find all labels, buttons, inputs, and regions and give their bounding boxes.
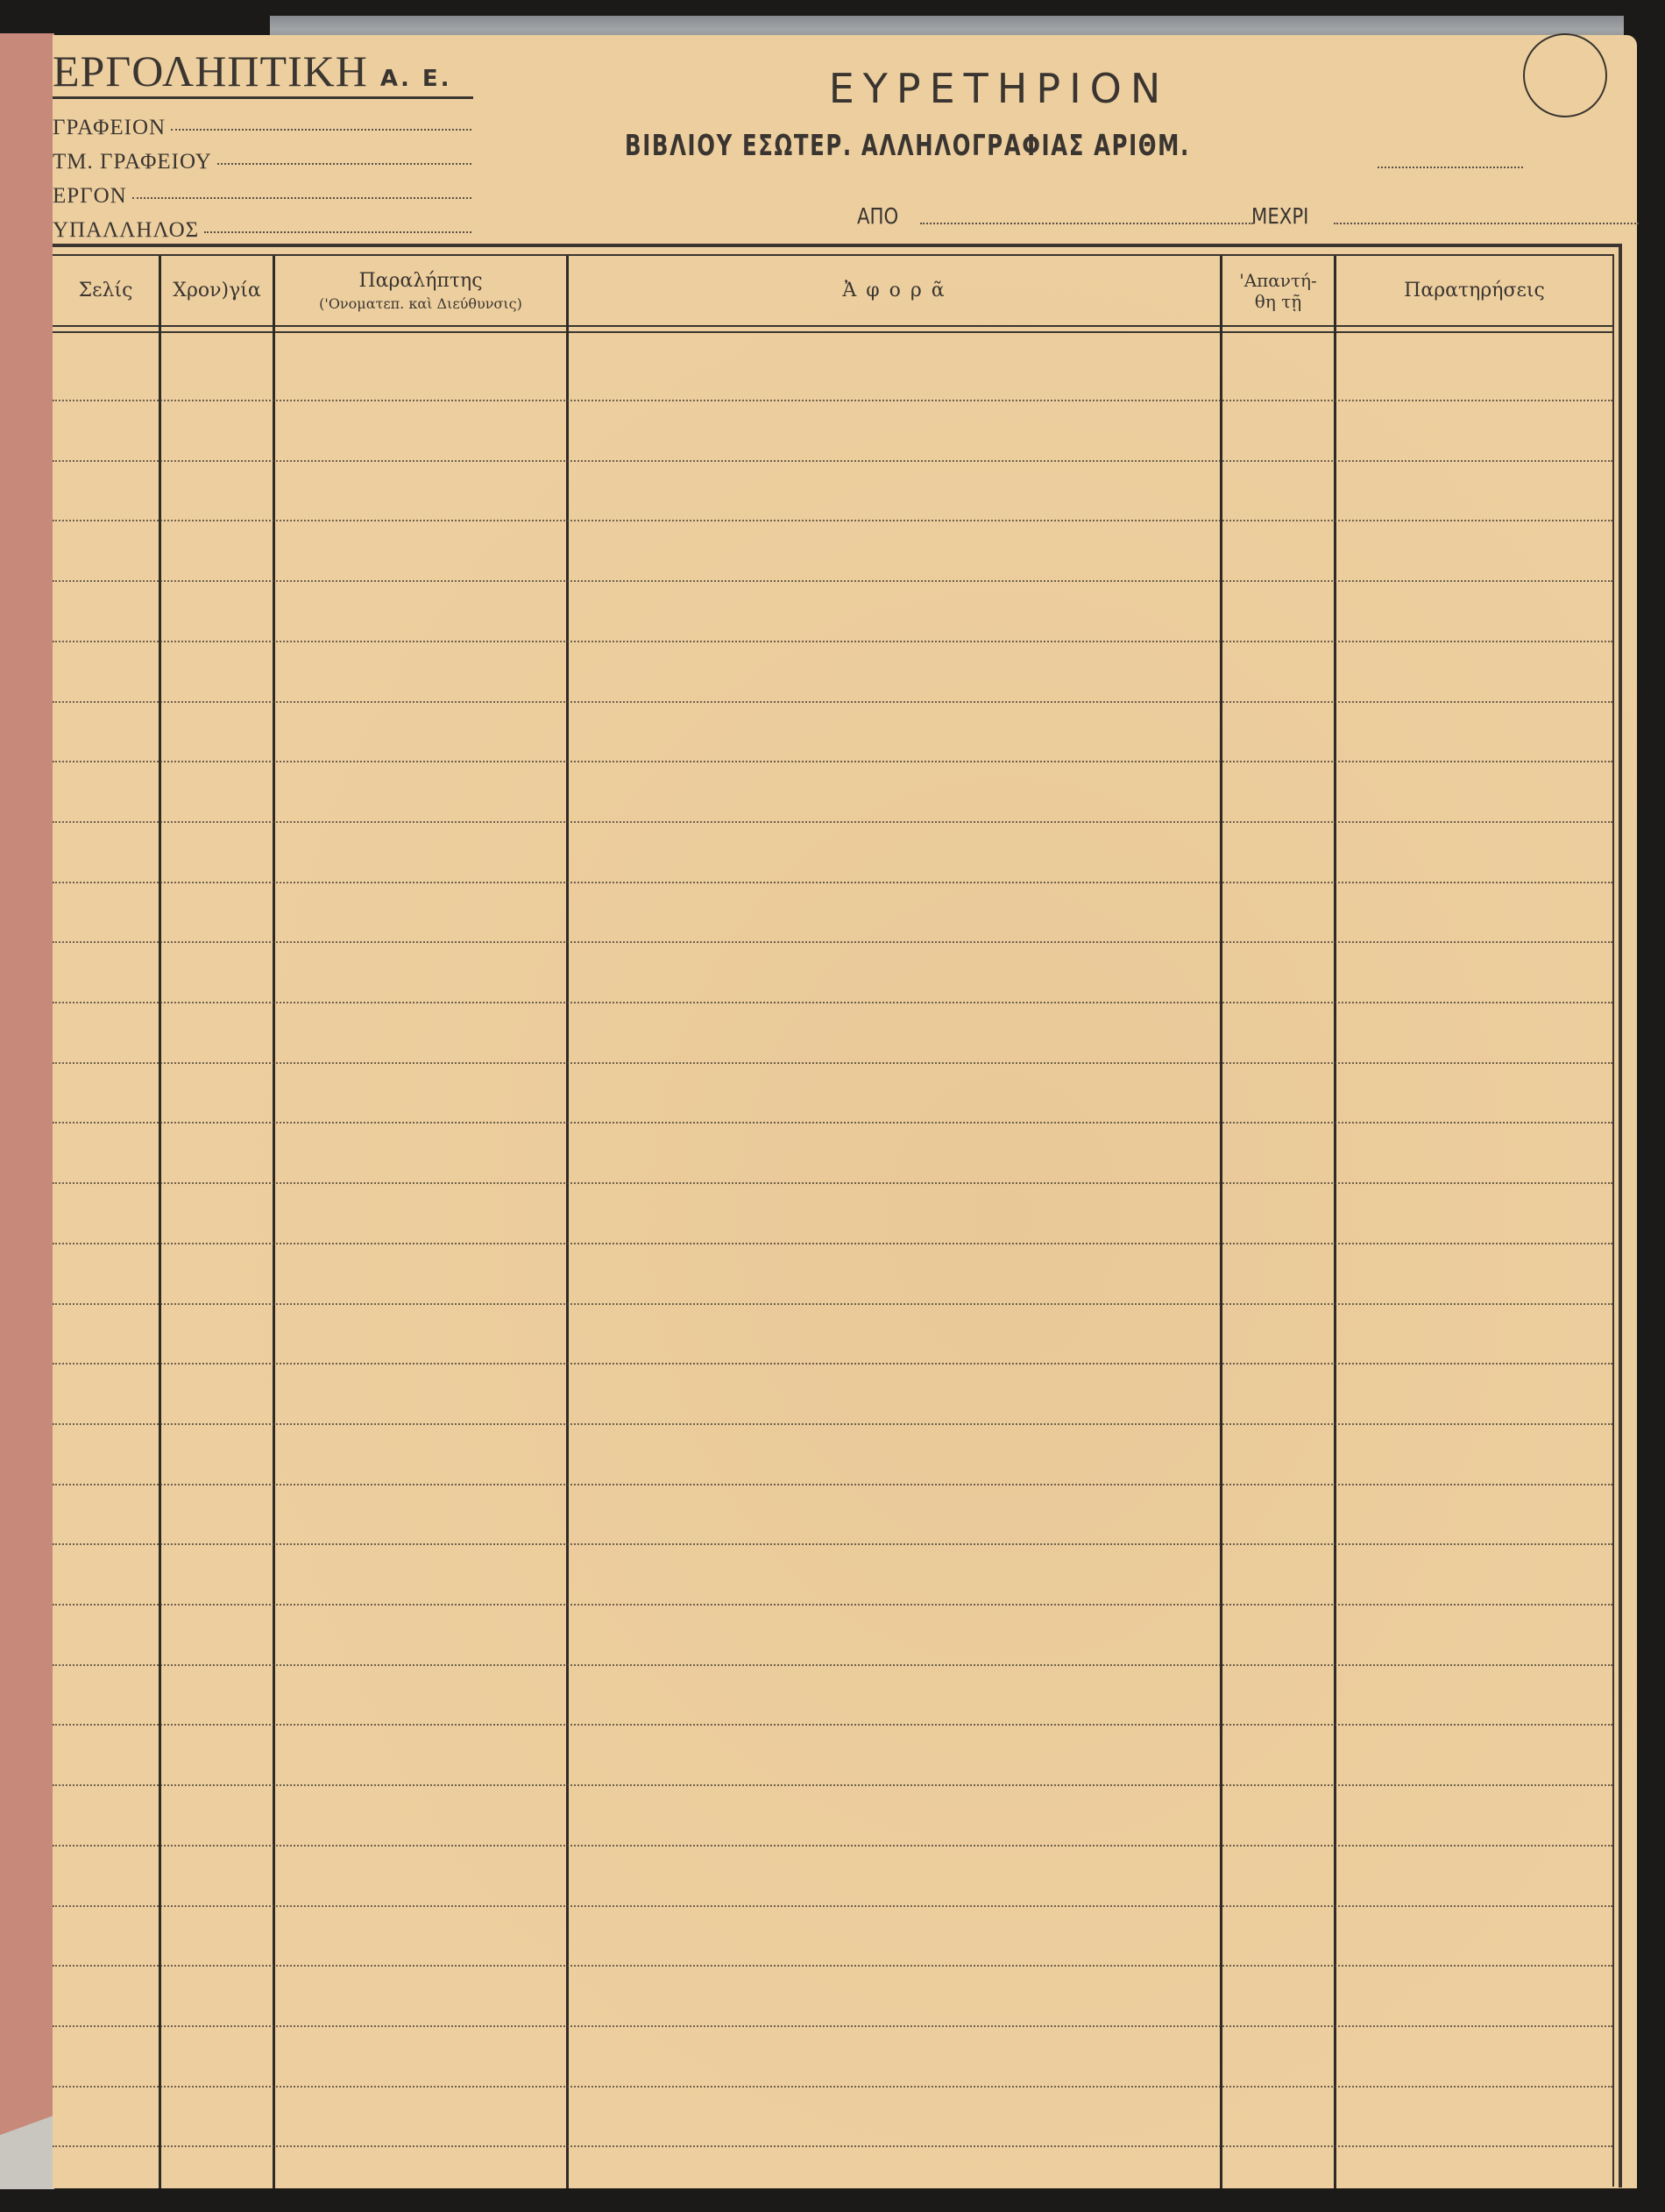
table-row[interactable] [53,641,1612,642]
range-from-label: ΑΠΟ [857,203,898,229]
table-row[interactable] [53,821,1612,823]
table-row[interactable] [53,1845,1612,1847]
table-row[interactable] [53,1182,1612,1184]
page-subtitle: ΒΙΒΛΙΟΥ ΕΣΩΤΕΡ. ΑΛΛΗΛΟΓΡΑΦΙΑΣ ΑΡΙΘΜ. [625,128,1190,162]
table-right-inner-border [1612,254,1614,2187]
cover-strip-worn [0,2103,54,2189]
field-employee[interactable]: ΥΠΑΛΛΗΛΟΣ [53,218,471,243]
column-header-recipient-sublabel: ('Ονοματεπ. καὶ Διεύθυνσις) [319,295,522,312]
column-header-answered-label: 'Απαντή- [1239,270,1317,291]
company-name: ΕΡΓΟΛΗΠΤΙΚΗΑ. Ε. [53,46,452,96]
field-department-label: ΤΜ. ΓΡΑΦΕΙΟΥ [53,150,212,174]
cover-strip [0,33,54,2189]
table-row[interactable] [53,1965,1612,1967]
field-employee-label: ΥΠΑΛΛΗΛΟΣ [53,218,199,243]
column-header-page-label: Σελίς [79,280,133,301]
field-project[interactable]: ΕΡΓΟΝ [53,184,471,209]
table-row[interactable] [53,941,1612,943]
field-department-line[interactable] [217,162,471,165]
company-name-text: ΕΡΓΟΛΗΠΤΙΚΗ [53,46,368,96]
table-row[interactable] [53,1363,1612,1365]
table-row[interactable] [53,1122,1612,1124]
header-bottom-rule [53,325,1614,327]
table-row[interactable] [53,761,1612,762]
table-row[interactable] [53,1062,1612,1064]
field-department[interactable]: ΤΜ. ΓΡΑΦΕΙΟΥ [53,150,471,174]
column-header-recipient-label: Παραλήπτης [358,270,482,292]
column-header-page: Σελίς [53,256,159,325]
column-header-year-label: Χρον)γία [173,280,260,301]
company-suffix: Α. Ε. [380,66,452,92]
field-office-label: ΓΡΑΦΕΙΟΝ [53,116,166,140]
column-divider [273,256,275,2188]
column-divider [159,256,161,2188]
column-header-remarks: Παρατηρήσεις [1336,256,1612,325]
column-header-subject-label: Ἀ φ ο ρ ᾶ [842,280,946,301]
table-row[interactable] [53,400,1612,401]
table-row[interactable] [53,1543,1612,1545]
company-underline [53,96,473,99]
column-header-subject: Ἀ φ ο ρ ᾶ [569,256,1220,325]
table-row[interactable] [53,460,1612,462]
table-row[interactable] [53,2086,1612,2088]
field-project-label: ΕΡΓΟΝ [53,184,127,209]
table-row[interactable] [53,882,1612,883]
table-row[interactable] [53,701,1612,703]
table-right-border [1619,244,1622,2187]
table-row[interactable] [53,1303,1612,1305]
table-row[interactable] [53,580,1612,582]
table-row[interactable] [53,1604,1612,1606]
book-number-line[interactable] [1378,167,1523,168]
column-divider [1334,256,1336,2188]
punch-circle [1523,33,1607,117]
table-row[interactable] [53,520,1612,521]
field-office[interactable]: ΓΡΑΦΕΙΟΝ [53,116,471,140]
table-row[interactable] [53,1423,1612,1425]
index-form-page: ΕΡΓΟΛΗΠΤΙΚΗΑ. Ε. ΓΡΑΦΕΙΟΝ ΤΜ. ΓΡΑΦΕΙΟΥ Ε… [53,35,1637,2188]
header-bottom-rule-2 [53,331,1614,333]
table-row[interactable] [53,2145,1612,2147]
field-office-line[interactable] [171,128,471,131]
column-divider [566,256,569,2188]
table-row[interactable] [53,1784,1612,1786]
table-row[interactable] [53,1484,1612,1485]
column-header-answered-sublabel: θη τῇ [1255,291,1301,312]
range-from-line[interactable] [920,223,1253,224]
column-header-remarks-label: Παρατηρήσεις [1404,280,1545,301]
column-header-recipient: Παραλήπτης ('Ονοματεπ. καὶ Διεύθυνσις) [275,256,566,325]
table-row[interactable] [53,1002,1612,1003]
column-header-year: Χρον)γία [161,256,273,325]
table-top-border [53,244,1621,247]
column-divider [1220,256,1222,2188]
table-row[interactable] [53,1905,1612,1907]
table-row[interactable] [53,1724,1612,1726]
table-row[interactable] [53,2025,1612,2027]
field-employee-line[interactable] [204,230,471,233]
range-to-line[interactable] [1334,223,1639,224]
range-to-label: ΜΕΧΡΙ [1251,203,1308,229]
table-row[interactable] [53,1664,1612,1666]
field-project-line[interactable] [132,196,471,199]
table-row[interactable] [53,1243,1612,1244]
column-header-answered: 'Απαντή- θη τῇ [1222,256,1334,325]
page-title: ΕΥΡΕΤΗΡΙΟΝ [727,65,1271,112]
